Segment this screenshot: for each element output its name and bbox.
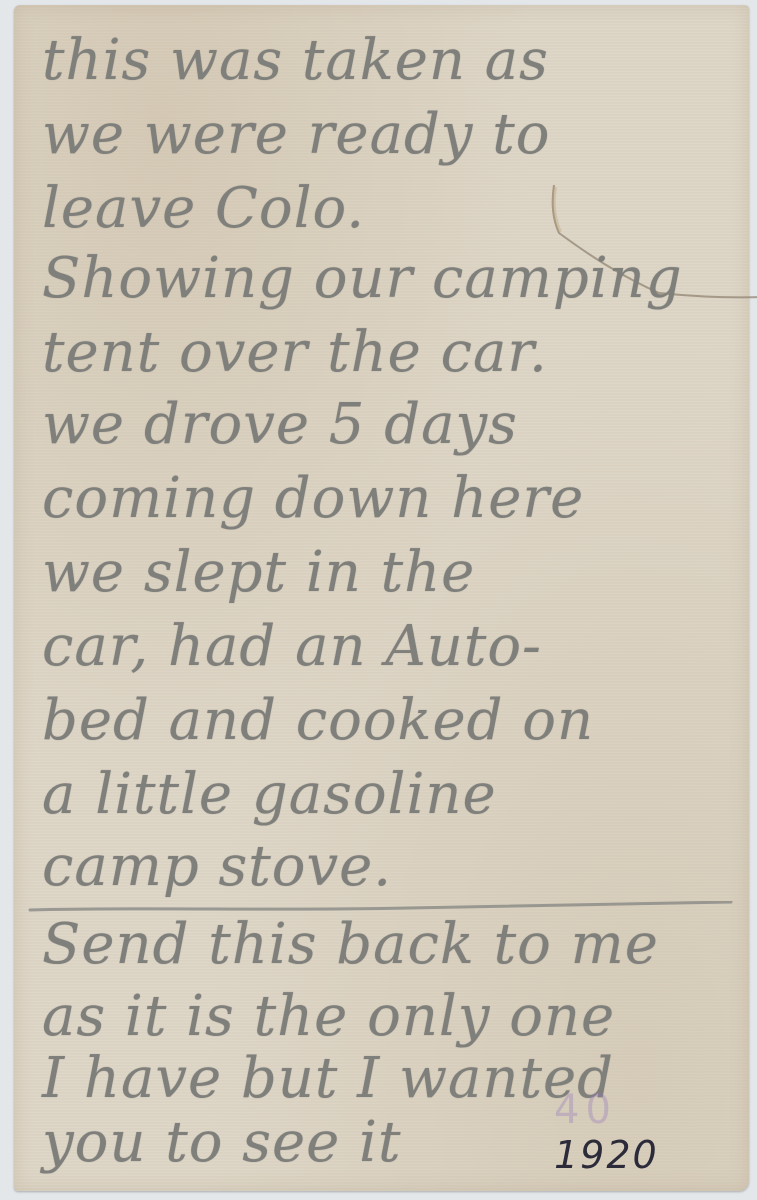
postscript-line: Send this back to me (42, 917, 659, 973)
message-line: we drove 5 days (42, 397, 518, 453)
message-line: we slept in the (42, 545, 475, 601)
year-annotation: 1920 (554, 1133, 659, 1177)
message-line: Showing our camping (42, 251, 683, 307)
message-line: camp stove. (42, 839, 392, 895)
postscript-line: as it is the only one (42, 989, 615, 1045)
message-line: tent over the car. (42, 325, 548, 381)
postscript-line: I have but I wanted (42, 1051, 614, 1107)
message-line: bed and cooked on (42, 693, 594, 749)
message-line: car, had an Auto- (42, 619, 542, 675)
message-line: leave Colo. (42, 181, 365, 237)
message-line: coming down here (42, 471, 584, 527)
faded-purple-stamp: 40 (554, 1087, 617, 1133)
message-line: this was taken as (42, 33, 549, 89)
postscript-line: you to see it (42, 1115, 401, 1171)
message-line: a little gasoline (42, 767, 497, 823)
message-line: we were ready to (42, 107, 550, 163)
postcard: this was taken as we were ready to leave… (14, 5, 749, 1191)
